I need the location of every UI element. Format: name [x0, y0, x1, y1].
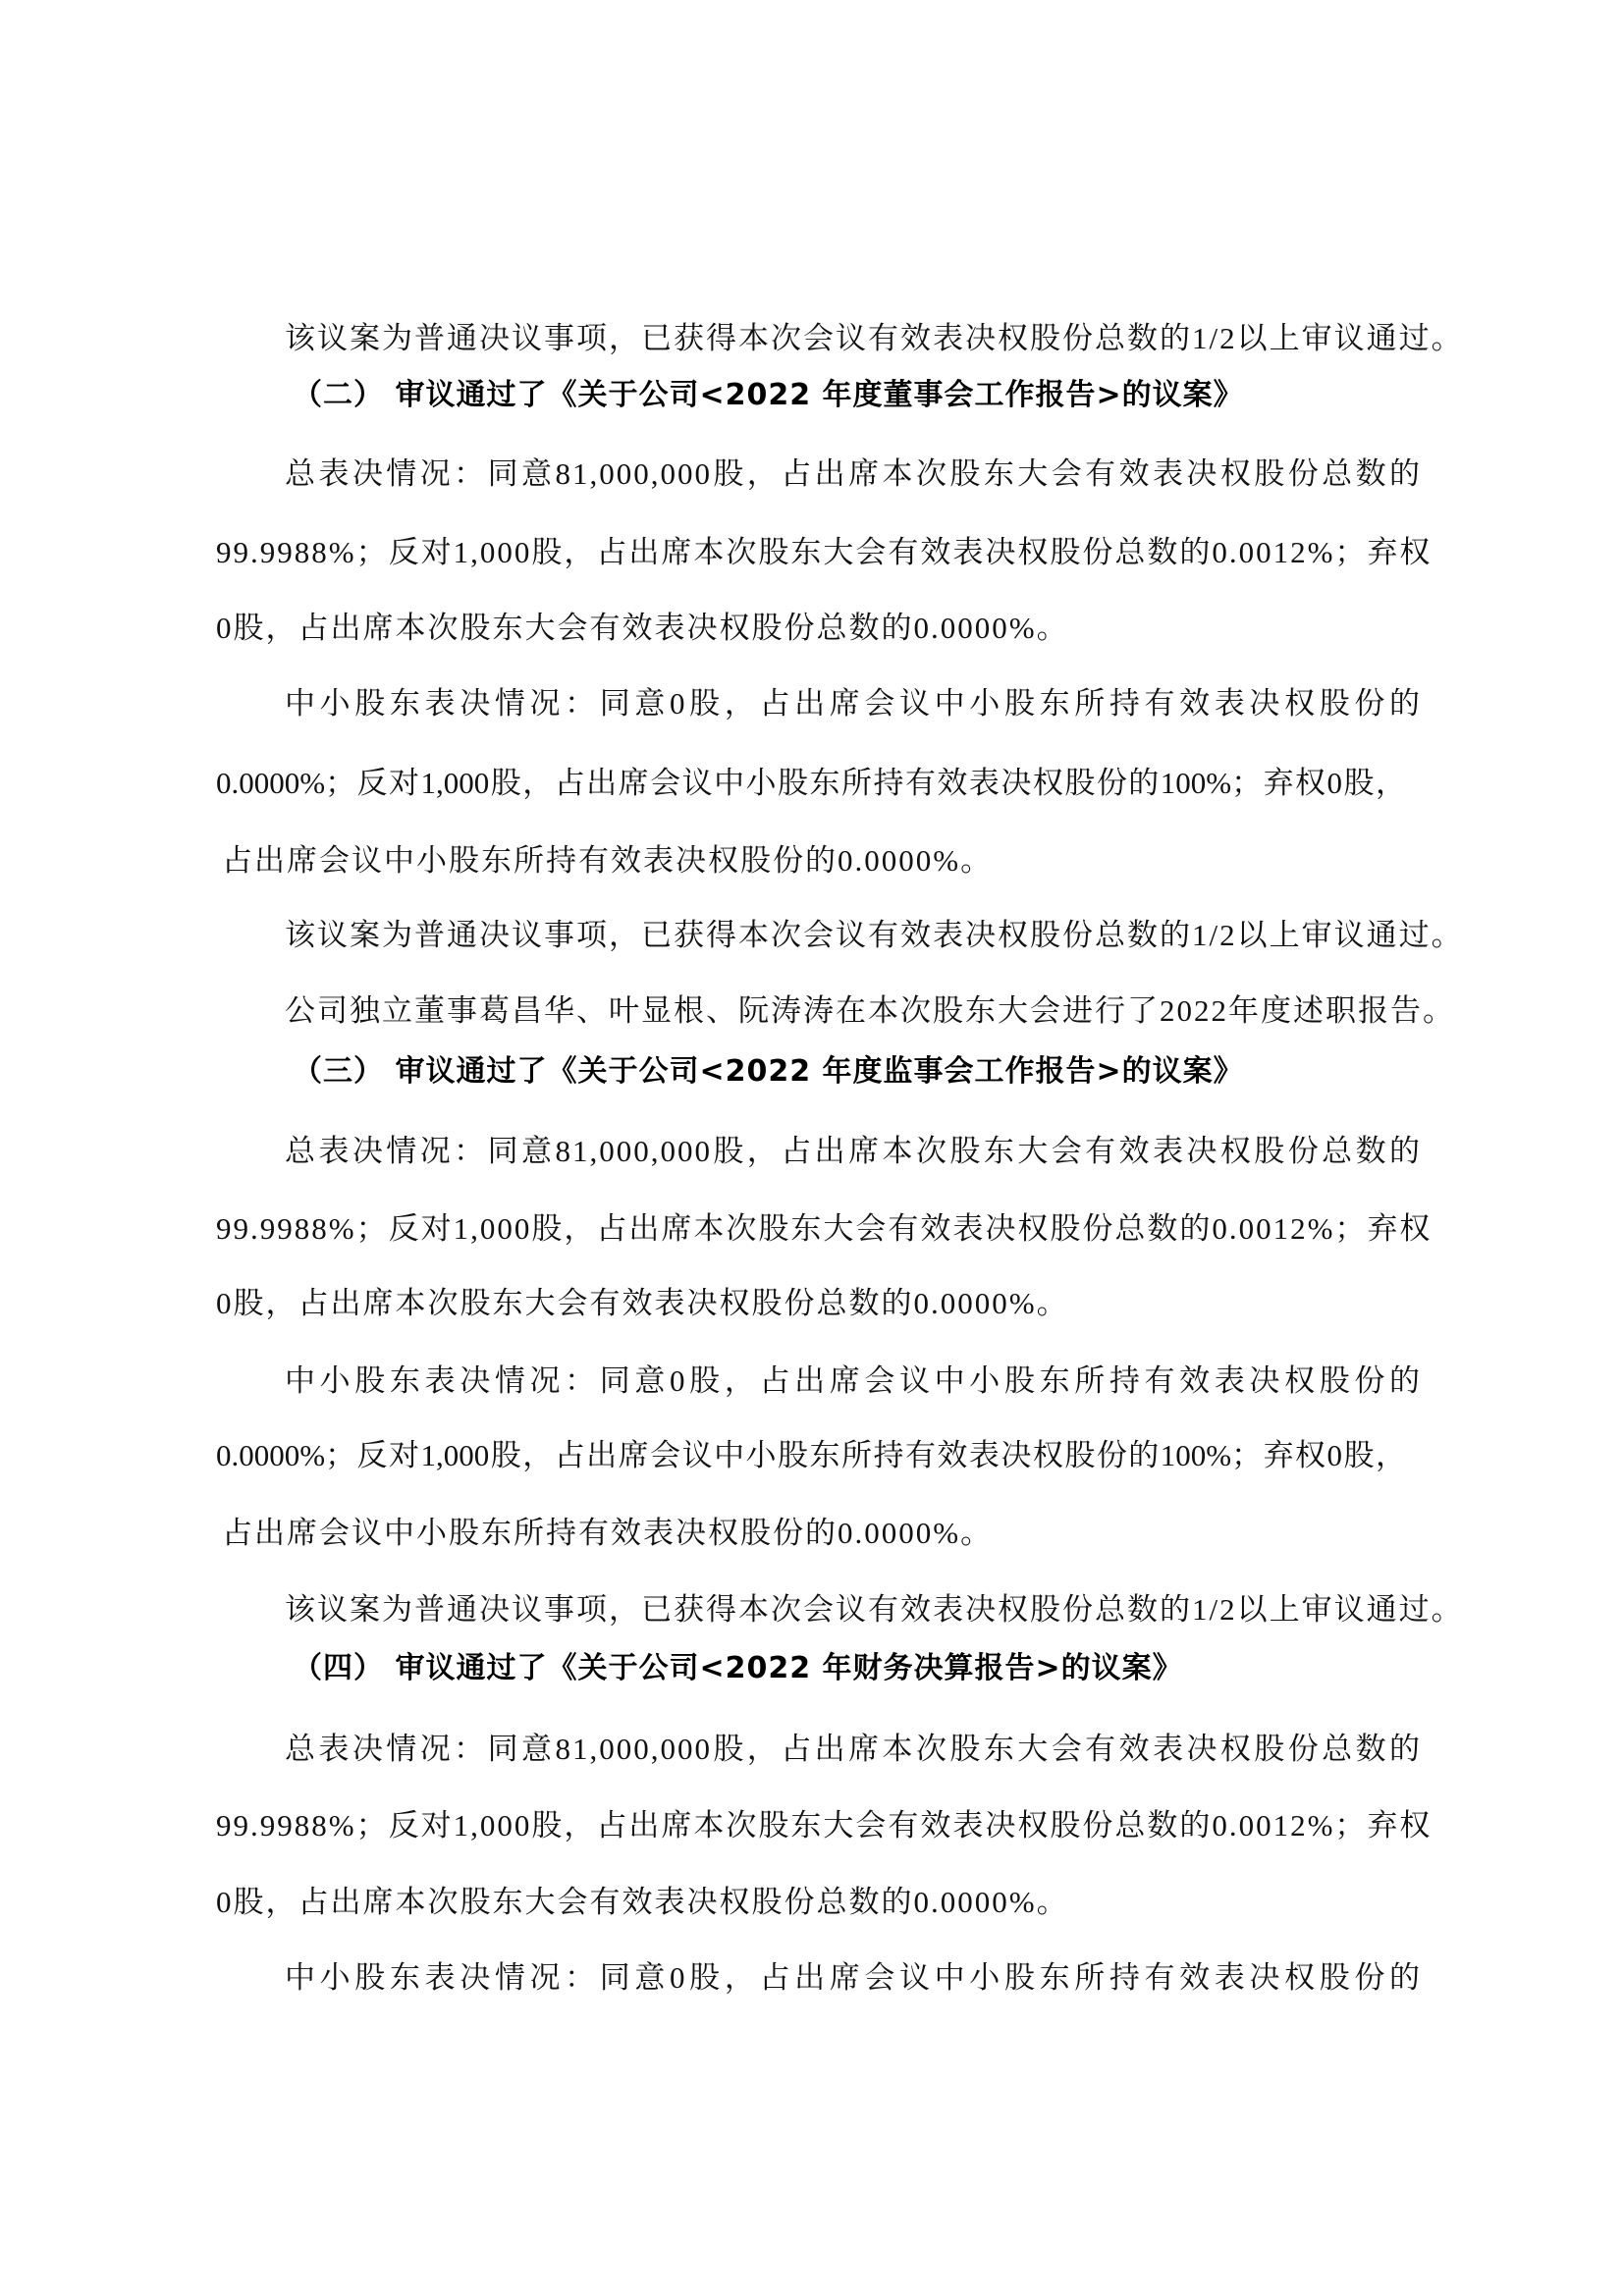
minority-vote-text: 占出席会议中小股东所持有效表决权股份的0.0000%。 — [222, 1512, 1106, 1555]
total-vote-text: 99.9988%；反对1,000股，占出席本次股东大会有效表决权股份总数的0.0… — [216, 531, 1422, 574]
total-vote-text: 总表决情况：同意81,000,000股，占出席本次股东大会有效表决权股份总数的 — [285, 453, 1422, 496]
total-vote-text: 99.9988%；反对1,000股，占出席本次股东大会有效表决权股份总数的0.0… — [216, 1804, 1422, 1847]
total-vote-text: 0股，占出席本次股东大会有效表决权股份总数的0.0000%。 — [216, 607, 1100, 650]
total-vote-text: 总表决情况：同意81,000,000股，占出席本次股东大会有效表决权股份总数的 — [285, 1130, 1422, 1173]
minority-vote-text: 0.0000%；反对1,000股，占出席会议中小股东所持有效表决权股份的100%… — [216, 1434, 1406, 1477]
minority-vote-text: 占出席会议中小股东所持有效表决权股份的0.0000%。 — [222, 839, 1106, 882]
minority-vote-text: 中小股东表决情况：同意0股，占出席会议中小股东所持有效表决权股份的 — [285, 1956, 1422, 2000]
minority-vote-text: 0.0000%；反对1,000股，占出席会议中小股东所持有效表决权股份的100%… — [216, 762, 1406, 805]
resolution-passed-text: 该议案为普通决议事项，已获得本次会议有效表决权股份总数的1/2以上审议通过。 — [285, 1588, 1438, 1631]
document-page: 该议案为普通决议事项，已获得本次会议有效表决权股份总数的1/2以上审议通过。 （… — [0, 0, 1623, 2296]
total-vote-text: 99.9988%；反对1,000股，占出席本次股东大会有效表决权股份总数的0.0… — [216, 1207, 1422, 1251]
total-vote-text: 总表决情况：同意81,000,000股，占出席本次股东大会有效表决权股份总数的 — [285, 1728, 1422, 1771]
total-vote-text: 0股，占出席本次股东大会有效表决权股份总数的0.0000%。 — [216, 1881, 1100, 1924]
independent-directors-report-text: 公司独立董事葛昌华、叶显根、阮涛涛在本次股东大会进行了2022年度述职报告。 — [285, 989, 1438, 1033]
section-heading-4: （四） 审议通过了《关于公司<2022 年财务决算报告>的议案》 — [293, 1647, 1176, 1690]
resolution-passed-text: 该议案为普通决议事项，已获得本次会议有效表决权股份总数的1/2以上审议通过。 — [285, 317, 1438, 360]
section-heading-2: （二） 审议通过了《关于公司<2022 年度董事会工作报告>的议案》 — [293, 374, 1245, 417]
minority-vote-text: 中小股东表决情况：同意0股，占出席会议中小股东所持有效表决权股份的 — [285, 1360, 1422, 1403]
minority-vote-text: 中小股东表决情况：同意0股，占出席会议中小股东所持有效表决权股份的 — [285, 682, 1422, 725]
resolution-passed-text: 该议案为普通决议事项，已获得本次会议有效表决权股份总数的1/2以上审议通过。 — [285, 914, 1438, 957]
section-heading-3: （三） 审议通过了《关于公司<2022 年度监事会工作报告>的议案》 — [293, 1050, 1245, 1094]
total-vote-text: 0股，占出席本次股东大会有效表决权股份总数的0.0000%。 — [216, 1282, 1100, 1325]
